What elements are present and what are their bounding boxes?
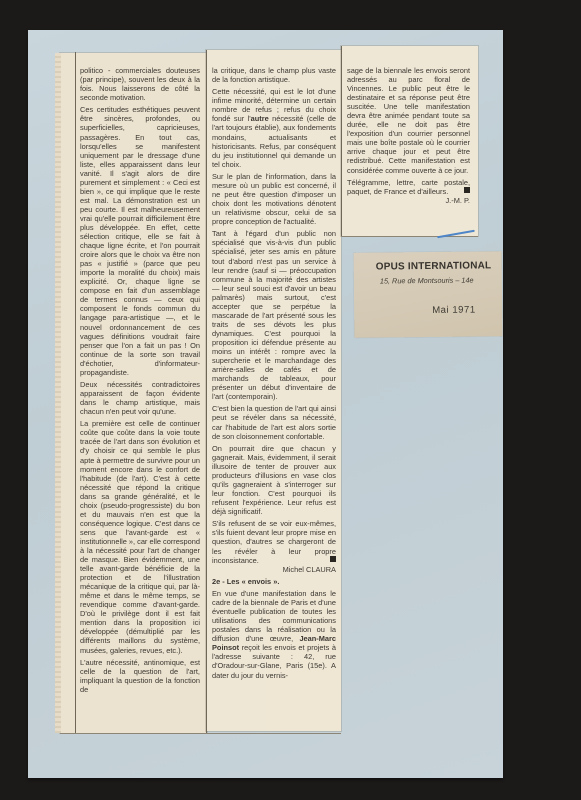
paragraph-text: Télégramme, lettre, carte postale, paque…	[347, 178, 470, 196]
end-of-article-mark	[330, 556, 336, 562]
author-signature: Michel CLAURA	[212, 565, 336, 574]
paragraph: La première est celle de continuer coûte…	[80, 419, 200, 654]
paragraph: sage de la biennale les envois seront ad…	[347, 66, 470, 175]
paragraph: L'autre nécessité, antinomique, est cell…	[80, 658, 200, 694]
paragraph: C'est bien la question de l'art qui ains…	[212, 404, 336, 440]
clipping-bottom-edge	[60, 733, 341, 734]
paragraph: Sur le plan de l'information, dans la me…	[212, 172, 336, 226]
article-column-2: la critique, dans le champ plus vaste de…	[212, 66, 336, 683]
paragraph: Ces certitudes esthétiques peuvent être …	[80, 105, 200, 376]
paragraph: politico - commerciales douteuses (par p…	[80, 66, 200, 102]
column-rule	[341, 46, 342, 236]
paragraph-text: S'ils refusent de se voir eux-mêmes, s'i…	[212, 519, 336, 564]
paragraph: la critique, dans le champ plus vaste de…	[212, 66, 336, 84]
publication-date: Mai 1971	[432, 305, 476, 316]
section-heading: 2e - Les « envois ».	[212, 577, 336, 586]
publication-title: OPUS INTERNATIONAL	[376, 260, 492, 272]
article-column-1: politico - commerciales douteuses (par p…	[80, 66, 200, 697]
paragraph: On pourrait dire que chacun y gagnerait.…	[212, 444, 336, 516]
paragraph: Cette nécessité, qui est le lot d'une in…	[212, 87, 336, 168]
end-of-article-mark	[464, 187, 470, 193]
column-rule	[75, 52, 76, 734]
paragraph: Télégramme, lettre, carte postale, paque…	[347, 178, 470, 196]
column-rule	[206, 50, 207, 733]
clipping-bottom-edge	[341, 236, 478, 237]
paragraph: Deux nécessités contradictoires apparais…	[80, 380, 200, 416]
paragraph: S'ils refusent de se voir eux-mêmes, s'i…	[212, 519, 336, 564]
paragraph: En vue d'une manifestation dans le cadre…	[212, 589, 336, 679]
publication-address: 15, Rue de Montsouris – 14e	[380, 276, 474, 286]
torn-edge	[55, 53, 61, 733]
emphasized-word: autre	[251, 114, 269, 123]
publication-label: OPUS INTERNATIONAL 15, Rue de Montsouris…	[354, 251, 503, 338]
article-column-3: sage de la biennale les envois seront ad…	[347, 66, 470, 208]
author-signature: J.-M. P.	[347, 196, 470, 205]
paragraph: Tant à l'égard d'un public non spécialis…	[212, 229, 336, 401]
